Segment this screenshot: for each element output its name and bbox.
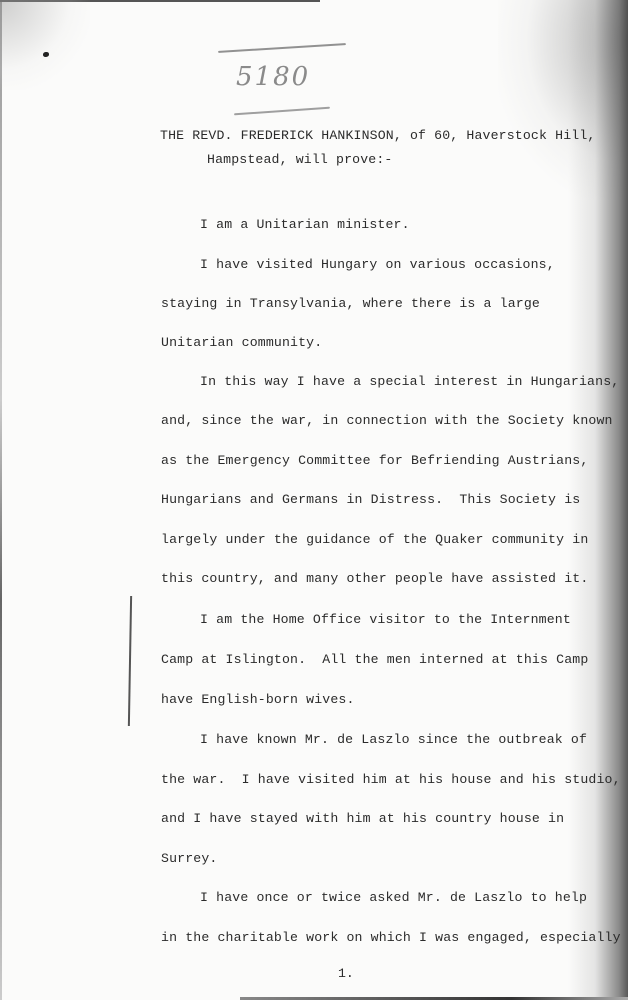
body-line: I have known Mr. de Laszlo since the out… — [200, 732, 587, 747]
body-line: largely under the guidance of the Quaker… — [161, 532, 588, 547]
body-line: staying in Transylvania, where there is … — [161, 296, 540, 311]
body-line: I am the Home Office visitor to the Inte… — [200, 612, 571, 627]
body-line: and, since the war, in connection with t… — [161, 413, 613, 428]
body-line: I am a Unitarian minister. — [200, 217, 410, 232]
body-line: Unitarian community. — [161, 335, 322, 350]
body-line: Surrey. — [161, 851, 217, 866]
body-line: Camp at Islington. All the men interned … — [161, 652, 588, 667]
body-line: have English-born wives. — [161, 692, 355, 707]
pencil-stroke-lower — [234, 107, 330, 116]
page-number: 1. — [338, 966, 354, 981]
body-line: this country, and many other people have… — [161, 571, 588, 586]
pencil-stroke-upper — [218, 43, 346, 53]
body-line: as the Emergency Committee for Befriendi… — [161, 453, 588, 468]
body-line: In this way I have a special interest in… — [200, 374, 619, 389]
body-line: in the charitable work on which I was en… — [161, 930, 621, 945]
body-line: and I have stayed with him at his countr… — [161, 811, 564, 826]
body-line: I have once or twice asked Mr. de Laszlo… — [200, 890, 587, 905]
heading-line-2: Hampstead, will prove:- — [207, 152, 392, 167]
scan-shadow-top-left — [0, 0, 90, 90]
archive-number: 5180 — [236, 62, 310, 92]
body-line: I have visited Hungary on various occasi… — [200, 257, 555, 272]
document-page: 5180 THE REVD. FREDERICK HANKINSON, of 6… — [0, 0, 628, 1000]
body-line: the war. I have visited him at his house… — [161, 772, 621, 787]
body-line: Hungarians and Germans in Distress. This… — [161, 492, 580, 507]
scan-left-edge — [0, 0, 2, 1000]
heading-line-1: THE REVD. FREDERICK HANKINSON, of 60, Ha… — [160, 128, 595, 143]
margin-annotation-line — [128, 596, 132, 726]
ink-mark — [43, 52, 49, 57]
